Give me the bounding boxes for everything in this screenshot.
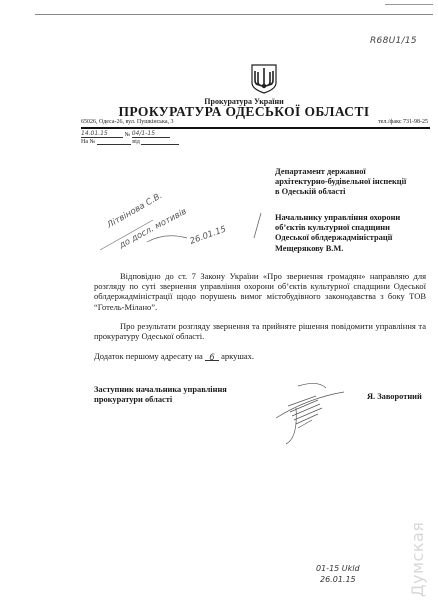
org-title: ПРОКУРАТУРА ОДЕСЬКОЇ ОБЛАСТІ [0, 104, 438, 120]
signatory-title-line: прокуратури області [94, 395, 227, 405]
ref-label: На № [81, 139, 95, 145]
recipient-line: Начальнику управління охорони [275, 213, 400, 223]
recipient-2: Начальнику управління охорони об’єктів к… [275, 213, 400, 254]
ref-date-blank [141, 137, 179, 145]
footer-note-line-1: 01-15 Ukld [316, 564, 361, 573]
recipient-line: об’єктів культурної спадщини [275, 223, 400, 233]
org-address: 65026, Одеса-26, вул. Пушкінська, 3 [81, 119, 174, 125]
signatory-name: Я. Заворотний [367, 392, 422, 401]
recipient-line: архітектурно-будівельної інспекції [275, 177, 406, 187]
body-paragraph-2: Про результати розгляду звернення та при… [94, 321, 426, 341]
resolution-date: 26.01.15 [189, 224, 228, 246]
handwritten-resolution: Літвінова С.В. до досл. мотивів 26.01.15 [95, 178, 265, 263]
recipient-1: Департамент державної архітектурно-будів… [275, 167, 406, 198]
from-label: від [132, 139, 140, 145]
letterhead-divider [81, 127, 430, 129]
incoming-reference: На № від [81, 137, 281, 145]
handwritten-footer-note: 01-15 Ukld 26.01.15 [314, 560, 384, 586]
ref-number-blank [97, 137, 131, 145]
attachment-suffix: аркушах. [221, 351, 254, 361]
org-phone: тел./факс 731-98-25 [378, 119, 428, 125]
recipient-line: в Одеській області [275, 187, 406, 197]
scan-edge-line [385, 4, 433, 5]
recipient-line: Департамент державної [275, 167, 406, 177]
recipient-line: Одеської облдержадміністрації [275, 233, 400, 243]
ukraine-trident-emblem-icon [250, 64, 278, 94]
signatory-title-line: Заступник начальника управління [94, 385, 227, 395]
signatory-title: Заступник начальника управління прокурат… [94, 385, 227, 405]
scan-edge-line [35, 14, 433, 15]
recipient-line: Мещерякову В.М. [275, 244, 400, 254]
footer-note-line-2: 26.01.15 [320, 575, 356, 584]
attachment-count: 6 [205, 353, 219, 361]
attachment-prefix: Додаток першому адресату на [94, 351, 203, 361]
handwritten-signature [268, 378, 348, 448]
registration-mark: R68U1/15 [370, 36, 417, 46]
watermark: Думская [408, 535, 432, 597]
body-paragraph-1: Відповідно до ст. 7 Закону України «Про … [94, 271, 426, 312]
attachment-note: Додаток першому адресату на 6 аркушах. [94, 351, 426, 361]
